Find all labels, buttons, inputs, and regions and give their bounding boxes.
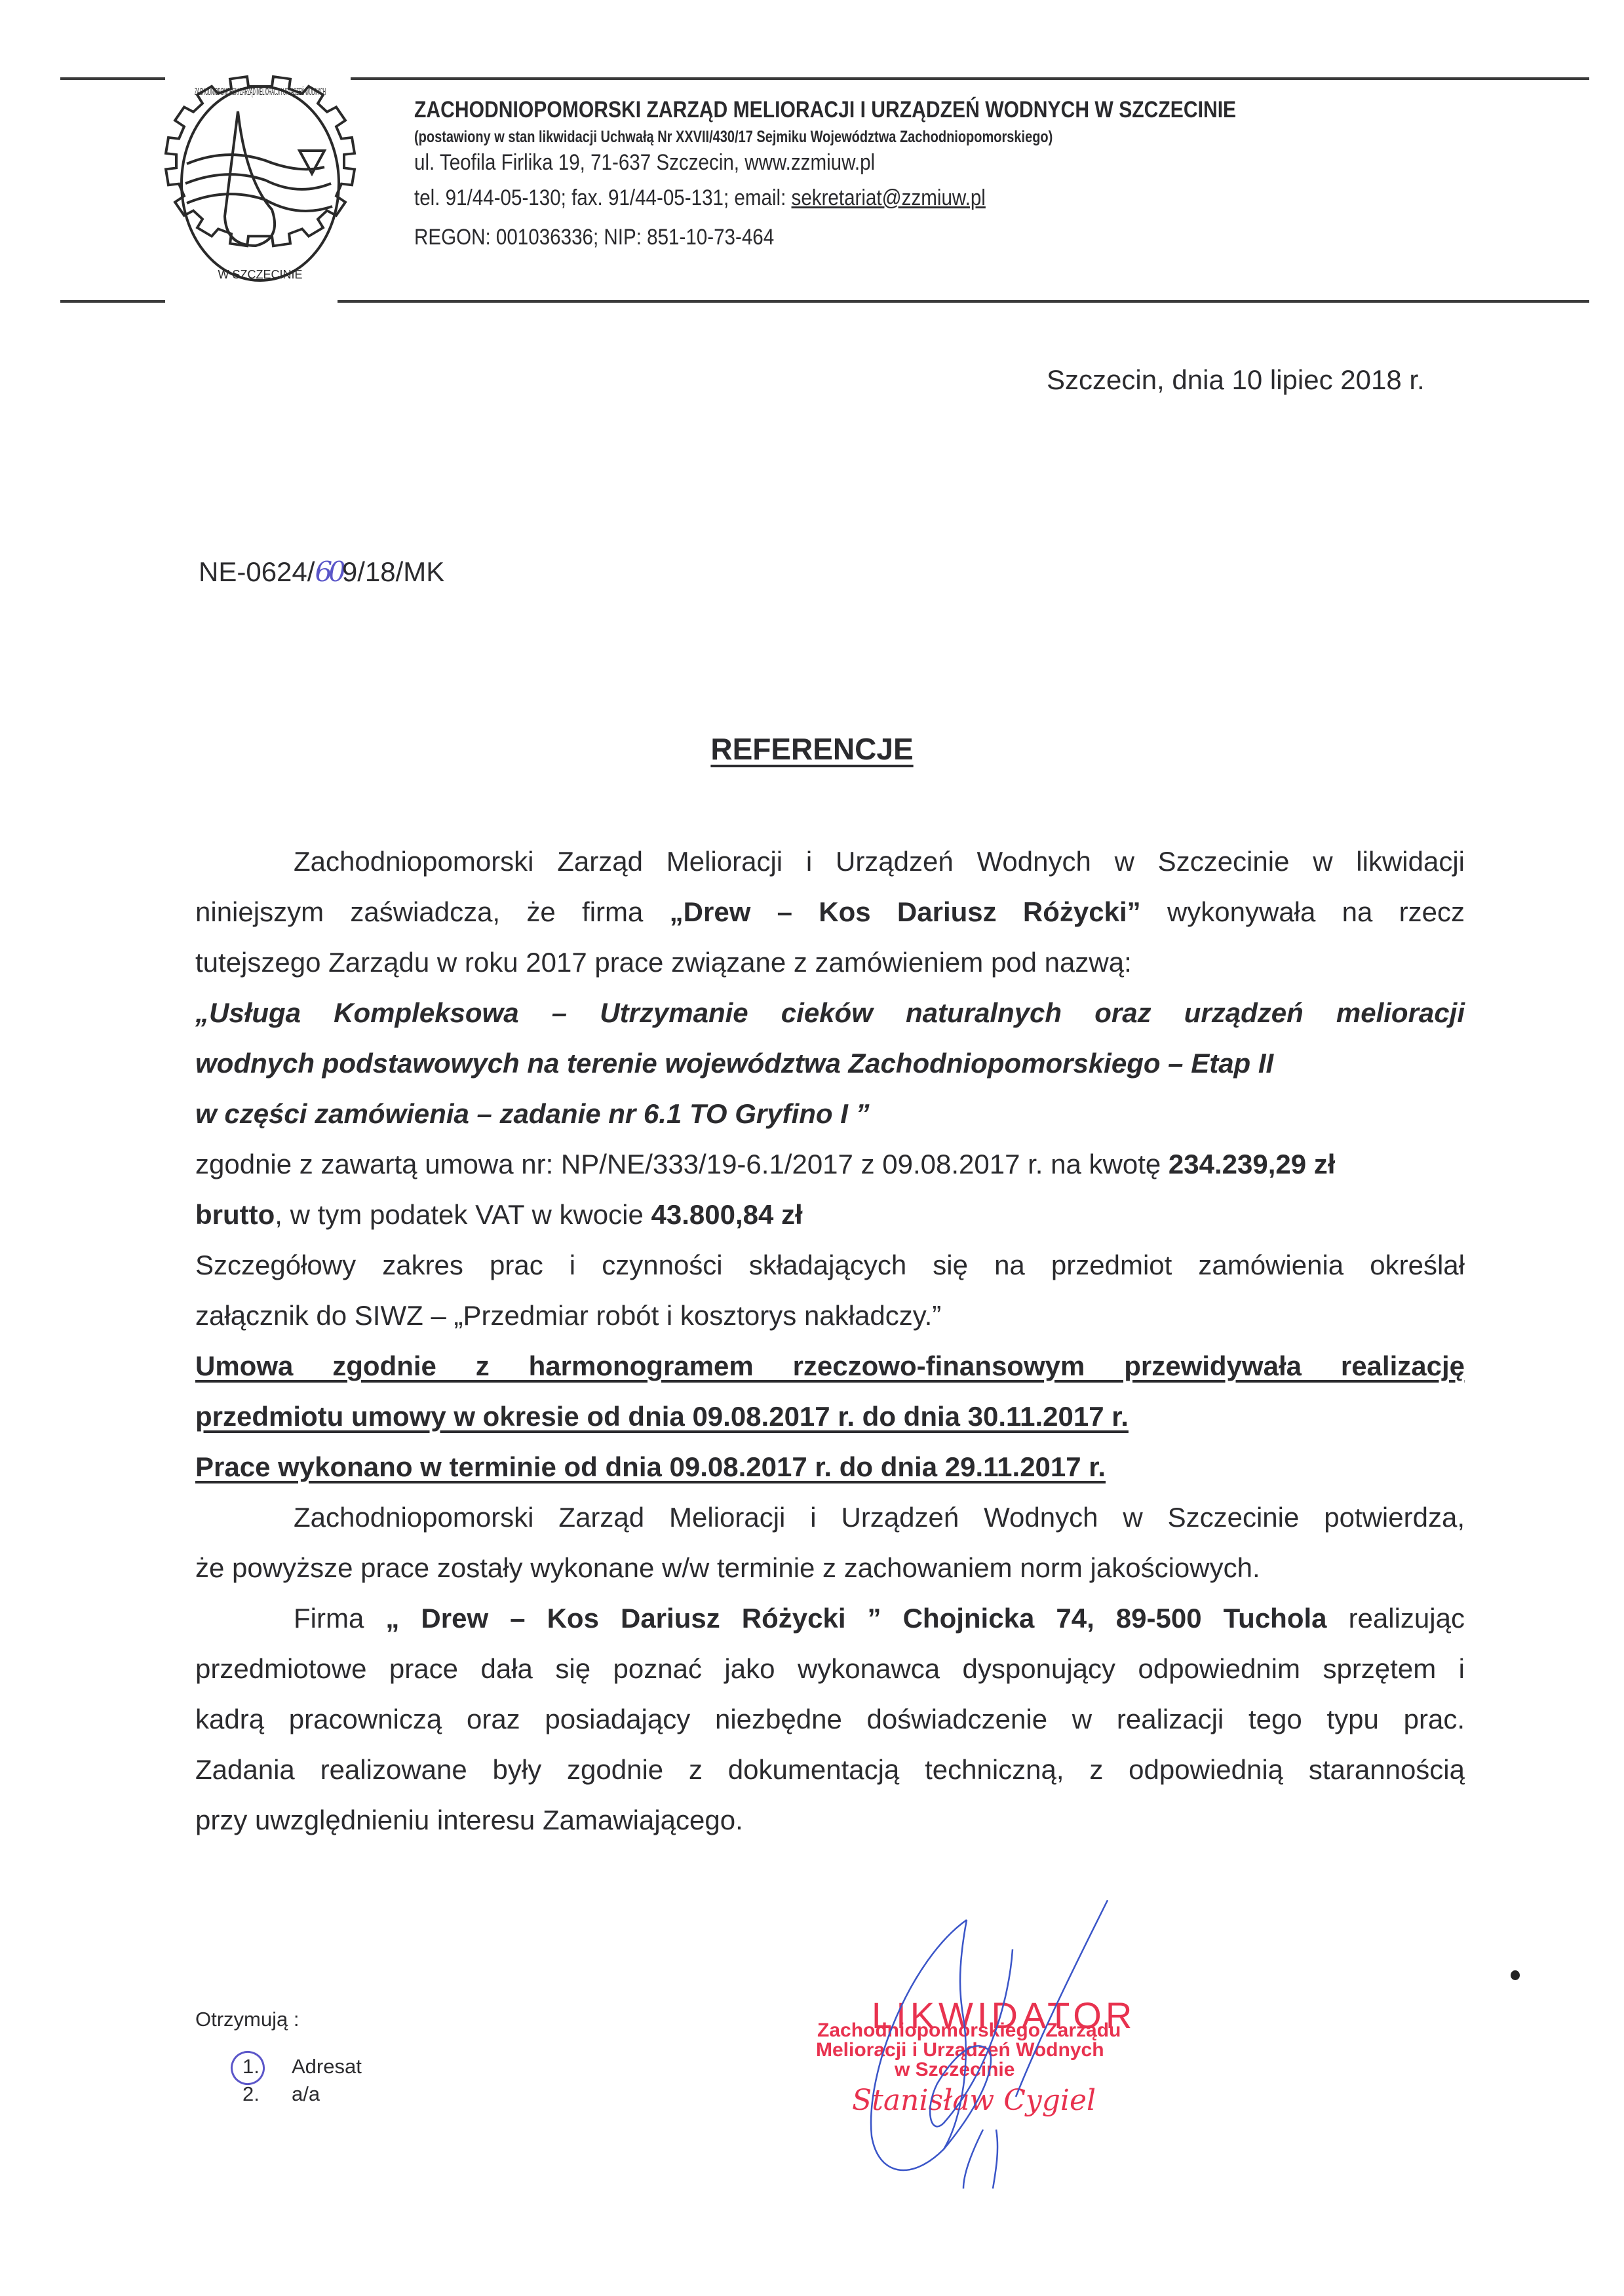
text: realizując [1327, 1603, 1465, 1634]
recipient-number: 2. [242, 2082, 260, 2106]
completion-line: Prace wykonano w terminie od dnia 09.08.… [195, 1451, 1465, 1483]
gross-label: brutto [195, 1199, 275, 1230]
body-line: że powyższe prace zostały wykonane w/w t… [195, 1552, 1465, 1584]
logo-ring-text: ZACHODNIOPOMORSKI ZARZĄD MELIORACJI I UR… [195, 85, 326, 98]
body-line: przy uwzględnieniu interesu Zamawiająceg… [195, 1804, 1465, 1837]
recipient-number: 1. [242, 2055, 260, 2078]
body-line: tutejszego Zarządu w roku 2017 prace zwi… [195, 946, 1465, 979]
reference-number: NE-0624/609/18/MK [199, 556, 444, 588]
contact-line: tel. 91/44-05-130; fax. 91/44-05-131; em… [414, 185, 986, 211]
recipient-name: a/a [292, 2082, 320, 2106]
schedule-line: przedmiotu umowy w okresie od dnia 09.08… [195, 1400, 1465, 1433]
schedule-line: Umowa zgodnie z harmonogramem rzeczowo-f… [195, 1350, 1465, 1383]
header-rule-bottom-right [338, 300, 1589, 303]
title-text: REFERENCJE [710, 732, 913, 766]
contract-name-line: „Usługa Kompleksowa – Utrzymanie cieków … [195, 997, 1465, 1029]
body-line: załącznik do SIWZ – „Przedmiar robót i k… [195, 1299, 1465, 1332]
logo-ring-text-bottom: W SZCZECINIE [218, 268, 303, 281]
organization-name: ZACHODNIOPOMORSKI ZARZĄD MELIORACJI I UR… [414, 97, 1236, 123]
recipient-name: Adresat [292, 2055, 362, 2078]
ink-dot [1511, 1970, 1520, 1980]
text: niniejszym zaświadcza, że firma [195, 896, 670, 927]
body-line: Firma „ Drew – Kos Dariusz Różycki ” Cho… [294, 1602, 1465, 1635]
document-title: REFERENCJE [0, 731, 1624, 767]
handwritten-signature-icon [832, 1900, 1160, 2189]
body-line: Zachodniopomorski Zarząd Melioracji i Ur… [294, 845, 1465, 878]
recipients-label: Otrzymują : [195, 2008, 299, 2031]
ref-suffix: 9/18/MK [342, 556, 444, 587]
organization-logo-gear-icon: ZACHODNIOPOMORSKI ZARZĄD MELIORACJI I UR… [147, 49, 374, 311]
body-line: kadrą pracowniczą oraz posiadający niezb… [195, 1703, 1465, 1736]
contractor-address: „ Drew – Kos Dariusz Różycki ” Chojnicka… [385, 1603, 1326, 1634]
organization-address: ul. Teofila Firlika 19, 71-637 Szczecin,… [414, 150, 875, 176]
contractor-name: „Drew – Kos Dariusz Różycki” [670, 896, 1141, 927]
body-line: zgodnie z zawartą umowa nr: NP/NE/333/19… [195, 1148, 1465, 1181]
gross-amount: 234.239,29 zł [1169, 1149, 1336, 1179]
ref-prefix: NE-0624/ [199, 556, 315, 587]
phone-fax: tel. 91/44-05-130; fax. 91/44-05-131; em… [414, 185, 792, 210]
body-line: Zadania realizowane były zgodnie z dokum… [195, 1753, 1465, 1786]
text: Firma [294, 1603, 385, 1634]
contract-name-line: wodnych podstawowych na terenie wojewódz… [195, 1047, 1465, 1080]
body-line: Zachodniopomorski Zarząd Melioracji i Ur… [294, 1501, 1465, 1534]
liquidation-note: (postawiony w stan likwidacji Uchwałą Nr… [414, 128, 1053, 147]
body-line: Szczegółowy zakres prac i czynności skła… [195, 1249, 1465, 1282]
document-date: Szczecin, dnia 10 lipiec 2018 r. [1047, 364, 1425, 396]
text: , w tym podatek VAT w kwocie [275, 1199, 651, 1230]
ref-handwritten: 60 [315, 556, 341, 588]
vat-amount: 43.800,84 zł [651, 1199, 803, 1230]
text: wykonywała na rzecz [1141, 896, 1465, 927]
body-line: przedmiotowe prace dała się poznać jako … [195, 1653, 1465, 1685]
regon-nip: REGON: 001036336; NIP: 851-10-73-464 [414, 225, 774, 250]
header-rule-top-right [351, 77, 1589, 80]
contract-name-line: w części zamówienia – zadanie nr 6.1 TO … [195, 1098, 1465, 1130]
body-line: brutto, w tym podatek VAT w kwocie 43.80… [195, 1198, 1465, 1231]
email-link[interactable]: sekretariat@zzmiuw.pl [792, 185, 986, 210]
body-line: niniejszym zaświadcza, że firma „Drew – … [195, 896, 1465, 928]
text: zgodnie z zawartą umowa nr: NP/NE/333/19… [195, 1149, 1169, 1179]
